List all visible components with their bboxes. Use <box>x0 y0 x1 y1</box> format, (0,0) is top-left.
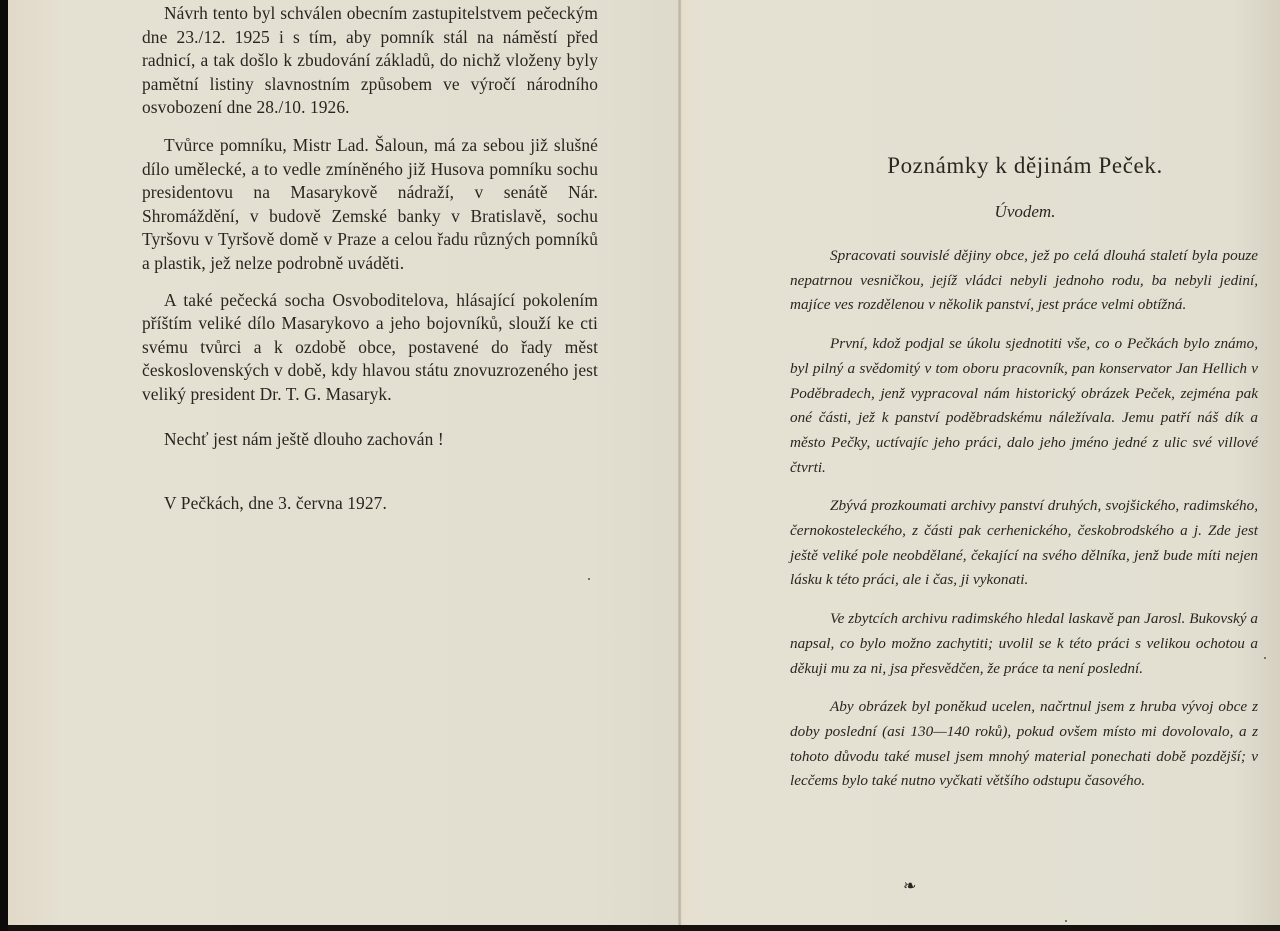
chapter-title: Poznámky k dějinám Peček. <box>810 153 1240 179</box>
right-paragraph-5: Aby obrázek byl poněkud ucelen, načrtnul… <box>790 695 1258 794</box>
left-paragraph-4: Nechť jest nám ještě dlouho zachován ! <box>142 428 598 452</box>
book-spine <box>678 0 682 925</box>
section-subtitle: Úvodem. <box>810 202 1240 222</box>
left-paragraph-2: Tvůrce pomníku, Mistr Lad. Šaloun, má za… <box>142 134 598 276</box>
paper-speck <box>588 578 590 580</box>
right-paragraph-2: První, kdož podjal se úkolu sjednotiti v… <box>790 332 1258 480</box>
right-page-text: Spracovati souvislé dějiny obce, jež po … <box>790 244 1258 794</box>
right-paragraph-4: Ve zbytcích archivu radimského hledal la… <box>790 607 1258 681</box>
right-paragraph-1: Spracovati souvislé dějiny obce, jež po … <box>790 244 1258 318</box>
left-paragraph-1: Návrh tento byl schválen obecním zastupi… <box>142 2 598 120</box>
paper-speck <box>1264 657 1266 659</box>
left-paragraph-3: A také pečecká socha Osvoboditelova, hlá… <box>142 289 598 407</box>
right-paragraph-3: Zbývá prozkoumati archivy panství druhýc… <box>790 494 1258 593</box>
fleuron-ornament-icon: ❧ <box>903 876 916 896</box>
paper-speck <box>1065 920 1067 922</box>
left-page-text: Návrh tento byl schválen obecním zastupi… <box>142 2 598 516</box>
place-date-line: V Pečkách, dne 3. června 1927. <box>142 492 598 516</box>
